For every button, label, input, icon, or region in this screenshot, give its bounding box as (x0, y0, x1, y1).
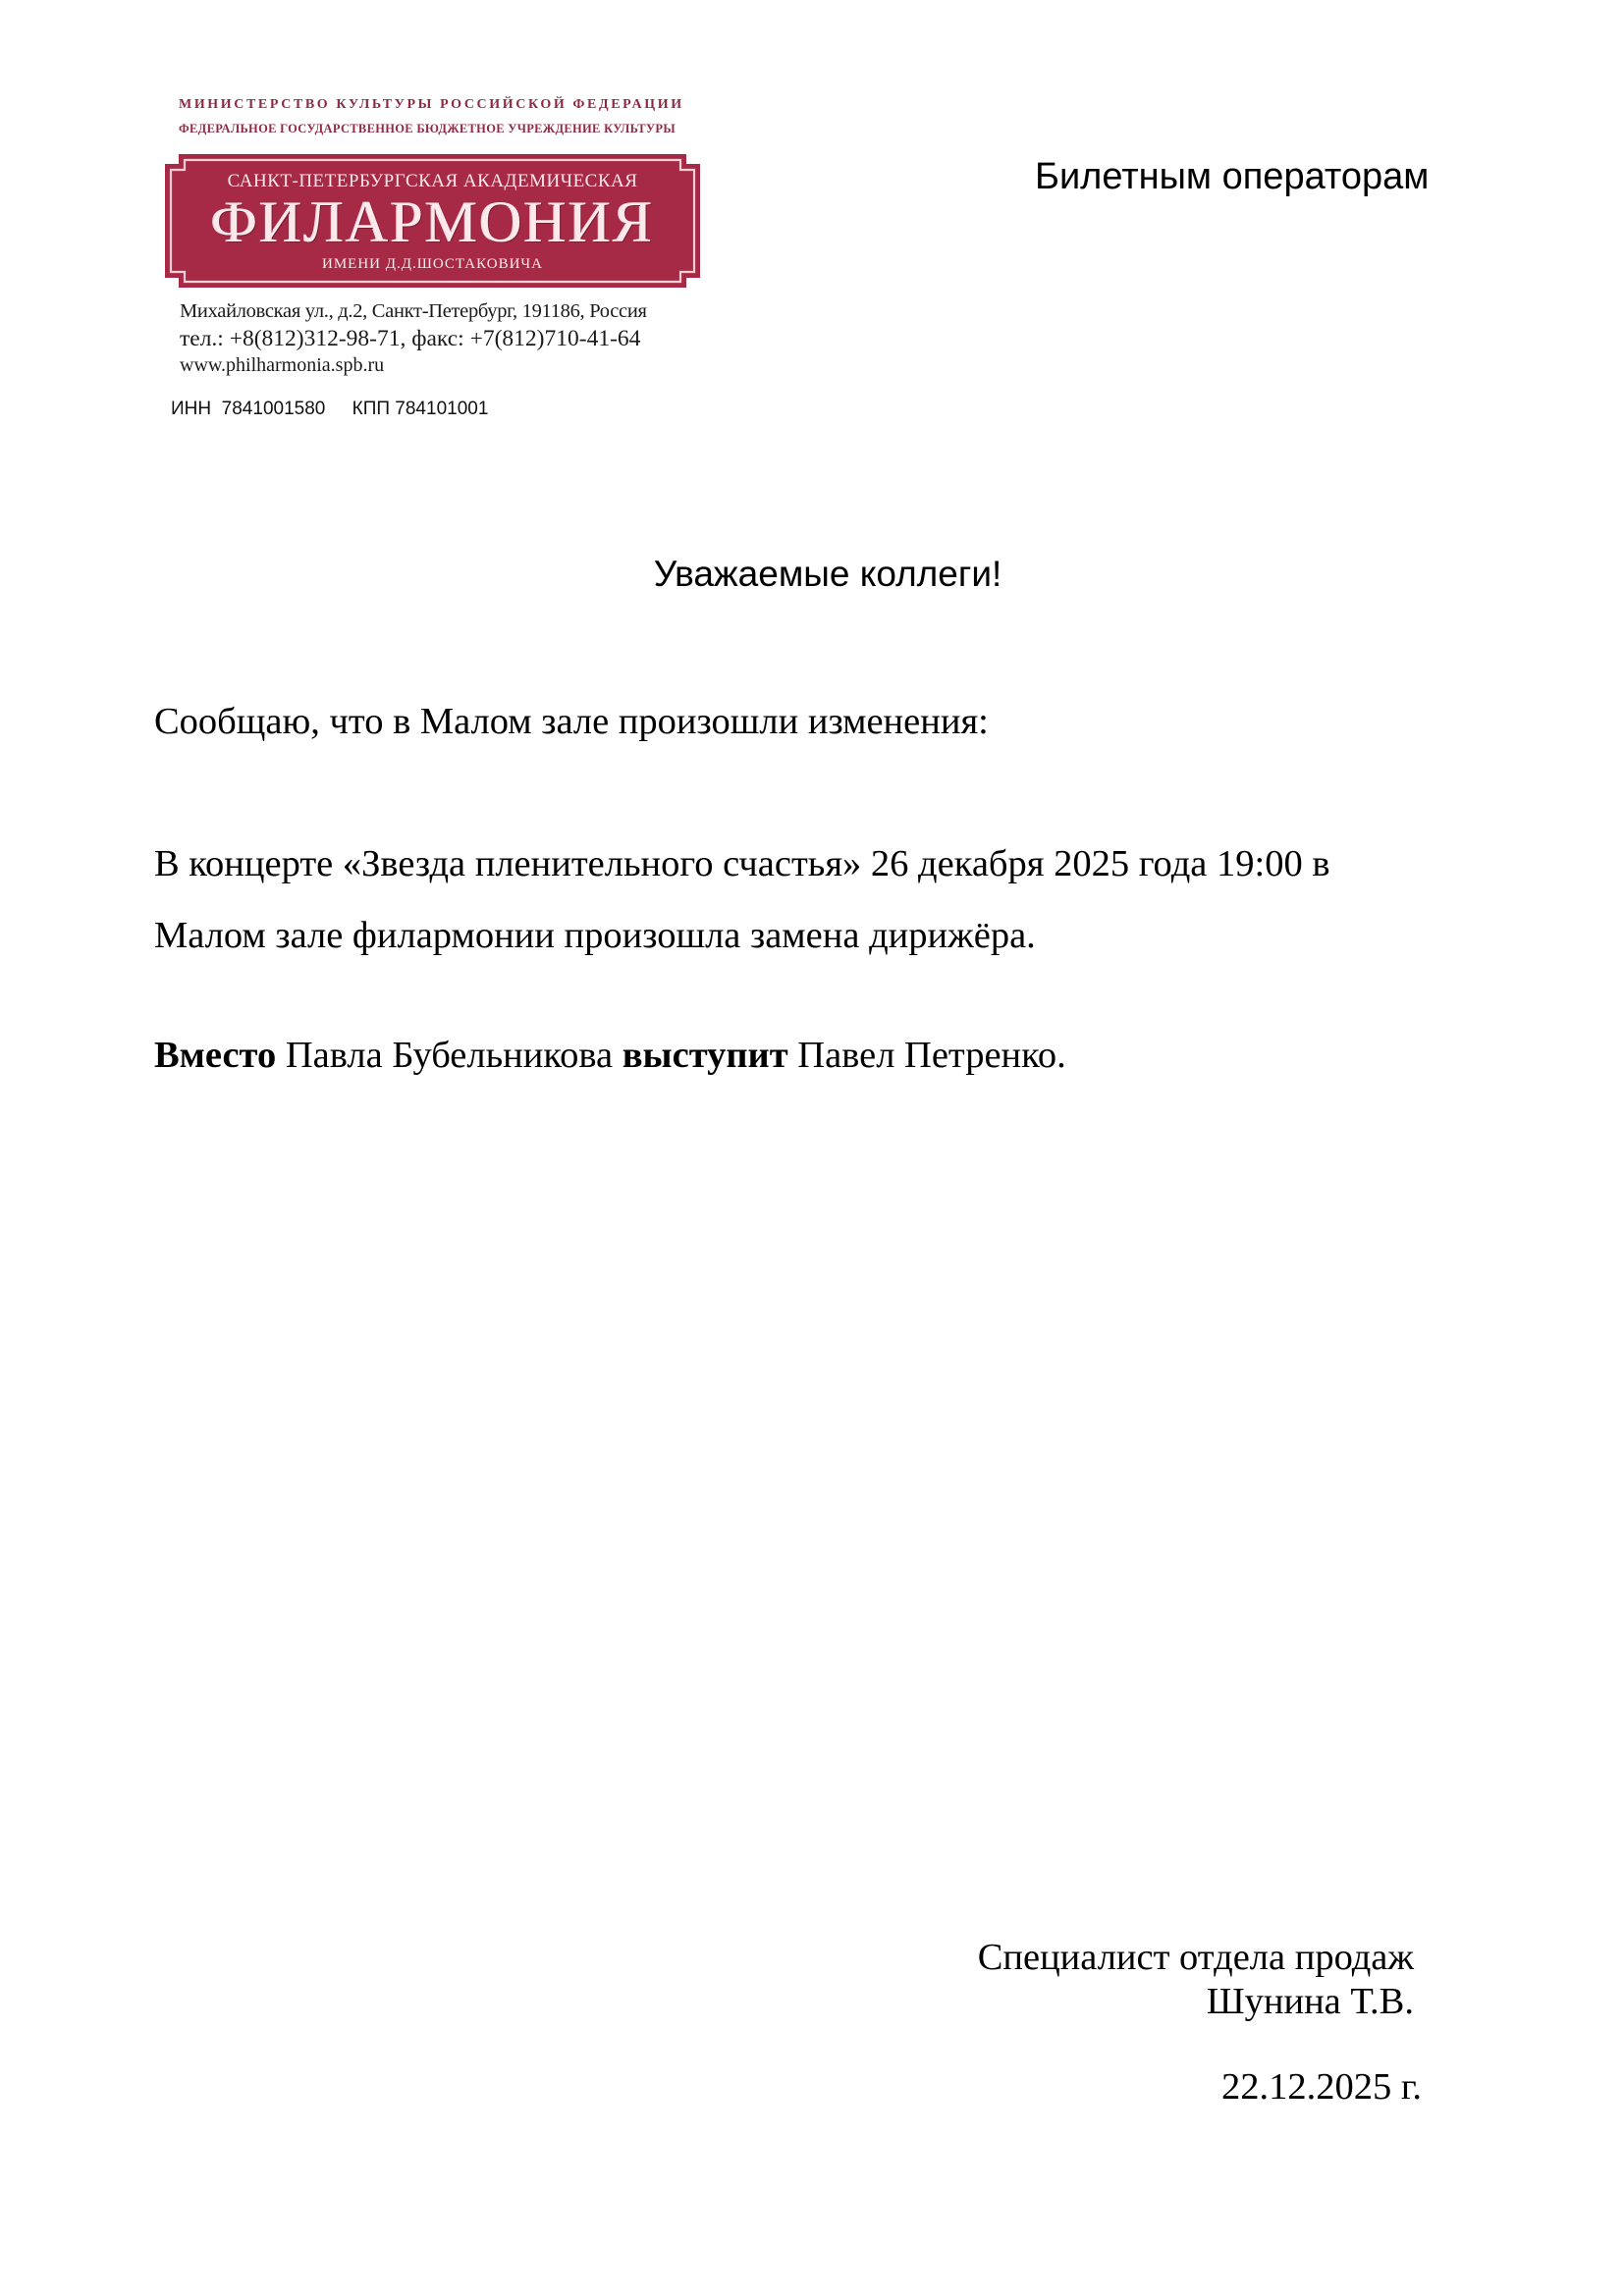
replacement-new-conductor: Павел Петренко. (788, 1035, 1066, 1076)
ministry-header: МИНИСТЕРСТВО КУЛЬТУРЫ РОССИЙСКОЙ ФЕДЕРАЦ… (179, 97, 684, 113)
replacement-instead: Вместо (154, 1035, 276, 1076)
letter-date: 22.12.2025 г. (1221, 2065, 1422, 2109)
concert-line-2: Малом зале филармонии произошла замена д… (154, 914, 1036, 957)
greeting: Уважаемые коллеги! (0, 554, 1624, 595)
philharmonia-logo: САНКТ-ПЕТЕРБУРГСКАЯ АКАДЕМИЧЕСКАЯ ФИЛАРМ… (165, 154, 700, 288)
website-link[interactable]: www.philharmonia.spb.ru (180, 354, 384, 377)
signature-title: Специалист отдела продаж (978, 1936, 1414, 1979)
signature-name: Шунина Т.В. (1207, 1980, 1414, 2023)
kpp-label: КПП (352, 399, 390, 419)
inn-label: ИНН (171, 399, 211, 419)
postal-address: Михайловская ул., д.2, Санкт-Петербург, … (180, 300, 647, 323)
inn-value: 7841001580 (222, 399, 326, 419)
logo-line-philharmonia: ФИЛАРМОНИЯ (165, 187, 700, 256)
replacement-will-perform: выступит (623, 1035, 788, 1076)
logo-line-named-after: ИМЕНИ Д.Д.ШОСТАКОВИЧА (165, 256, 700, 273)
phone-fax: тел.: +8(812)312-98-71, факс: +7(812)710… (180, 326, 640, 352)
institution-type: ФЕДЕРАЛЬНОЕ ГОСУДАРСТВЕННОЕ БЮДЖЕТНОЕ УЧ… (179, 122, 676, 136)
replacement-old-conductor: Павла Бубельникова (276, 1035, 623, 1076)
kpp-value: 784101001 (395, 399, 488, 419)
recipient: Билетным операторам (1035, 156, 1429, 198)
replacement-paragraph: Вместо Павла Бубельникова выступит Павел… (154, 1034, 1066, 1077)
concert-line-1: В концерте «Звезда пленительного счастья… (154, 842, 1330, 885)
intro-paragraph: Сообщаю, что в Малом зале произошли изме… (154, 700, 989, 743)
tax-ids: ИНН 7841001580 КПП 784101001 (171, 399, 488, 420)
